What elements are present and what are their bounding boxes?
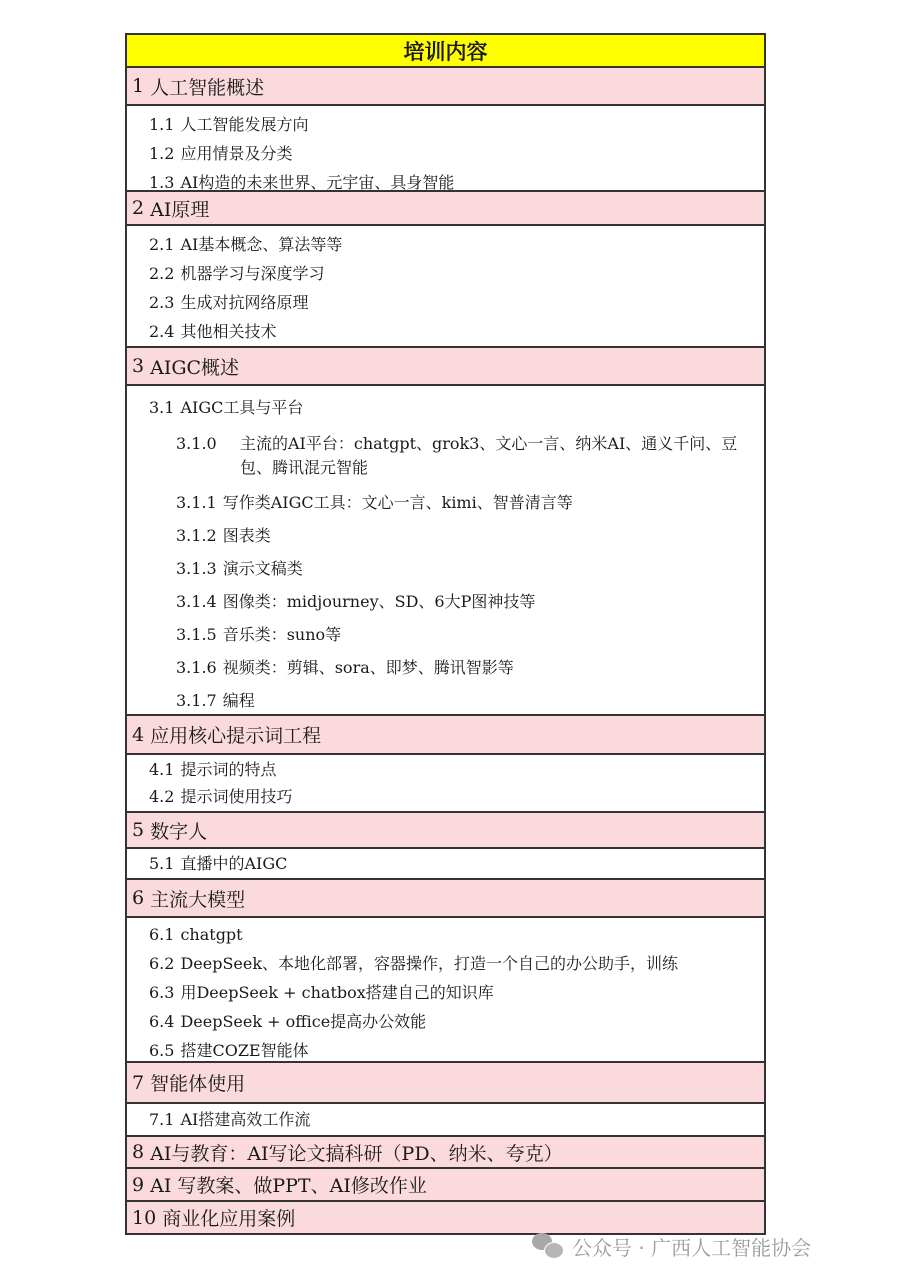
section-title: 应用核心提示词工程 [150,721,321,748]
section-title: AIGC概述 [150,353,239,380]
section-title: 人工智能概述 [150,73,264,100]
item-number: 2.3 [149,293,174,312]
training-content-table: 培训内容 1 人工智能概述 1.1人工智能发展方向 1.2应用情景及分类 1.3… [125,33,766,1235]
section-title: 数字人 [150,817,207,844]
section-number: 4 [132,724,144,746]
item-number: 3.1.5 [176,625,217,644]
section-3-header: 3 AIGC概述 [127,348,764,386]
item-number: 6.2 [149,954,174,973]
item-label: 编程 [223,691,255,710]
section-number: 3 [132,355,144,377]
section-6-header: 6 主流大模型 [127,880,764,918]
section-title: AI原理 [150,195,209,222]
item-number: 2.1 [149,235,174,254]
list-item: 6.5搭建COZE智能体 [127,1036,764,1065]
item-label: 人工智能发展方向 [180,115,308,134]
section-number: 5 [132,819,144,841]
list-item: 3.1.6视频类：剪辑、sora、即梦、腾讯智影等 [127,651,764,684]
section-number: 1 [132,75,144,97]
section-title: 商业化应用案例 [162,1204,295,1231]
item-number: 6.3 [149,983,174,1002]
item-number: 5.1 [149,854,174,873]
item-number: 1.2 [149,144,174,163]
wechat-icon [532,1233,566,1259]
item-label: 音乐类：suno等 [223,625,341,644]
section-8-header: 8 AI与教育：AI写论文搞科研（PD、纳米、夸克） [127,1137,764,1169]
section-6-items: 6.1chatgpt 6.2DeepSeek、本地化部署，容器操作，打造一个自己… [127,918,764,1063]
section-9-header: 9 AI 写教案、做PPT、AI修改作业 [127,1169,764,1202]
list-item: 4.2提示词使用技巧 [127,783,764,810]
item-label: 图表类 [223,526,271,545]
list-item: 3.1.1写作类AIGC工具：文心一言、kimi、智普清言等 [127,486,764,519]
section-3-items: 3.1AIGC工具与平台 3.1.0主流的AI平台：chatgpt、grok3、… [127,386,764,716]
section-2-items: 2.1AI基本概念、算法等等 2.2机器学习与深度学习 2.3生成对抗网络原理 … [127,226,764,348]
item-label: 直播中的AIGC [180,854,287,873]
item-label: DeepSeek、本地化部署，容器操作，打造一个自己的办公助手，训练 [180,954,678,973]
item-label: 生成对抗网络原理 [180,293,308,312]
section-title: AI 写教案、做PPT、AI修改作业 [150,1171,427,1198]
list-item: 3.1.4图像类：midjourney、SD、6大P图神技等 [127,585,764,618]
item-number: 3.1.4 [176,592,217,611]
item-number: 3.1.3 [176,559,217,578]
item-number: 3.1.7 [176,691,217,710]
item-number: 2.2 [149,264,174,283]
table-title: 培训内容 [127,35,764,68]
section-2-header: 2 AI原理 [127,192,764,226]
item-label: 提示词使用技巧 [180,787,292,806]
watermark: 公众号 · 广西人工智能协会 [532,1228,811,1264]
list-item: 1.2应用情景及分类 [127,139,764,168]
item-number: 3.1.0 [176,432,234,456]
item-label: 用DeepSeek + chatbox搭建自己的知识库 [180,983,493,1002]
list-item: 6.4DeepSeek + office提高办公效能 [127,1007,764,1036]
item-label: DeepSeek + office提高办公效能 [180,1012,426,1031]
list-item: 3.1.3演示文稿类 [127,552,764,585]
item-label: AIGC工具与平台 [180,398,303,417]
item-number: 3.1.6 [176,658,217,677]
item-label: 视频类：剪辑、sora、即梦、腾讯智影等 [223,658,514,677]
list-item: 2.4其他相关技术 [127,317,764,346]
section-1-header: 1 人工智能概述 [127,68,764,106]
list-item: 3.1.5音乐类：suno等 [127,618,764,651]
list-item: 3.1.0主流的AI平台：chatgpt、grok3、文心一言、纳米AI、通义千… [127,426,764,486]
section-number: 10 [132,1207,156,1229]
section-number: 6 [132,887,144,909]
list-item: 2.3生成对抗网络原理 [127,288,764,317]
item-number: 7.1 [149,1110,174,1129]
item-label: 机器学习与深度学习 [180,264,324,283]
item-number: 1.3 [149,173,174,192]
section-4-header: 4 应用核心提示词工程 [127,716,764,755]
item-label: 其他相关技术 [180,322,276,341]
list-item: 3.1.7编程 [127,684,764,717]
list-item: 2.1AI基本概念、算法等等 [127,230,764,259]
item-number: 6.5 [149,1041,174,1060]
list-item: 1.1人工智能发展方向 [127,110,764,139]
item-label: AI搭建高效工作流 [180,1110,310,1129]
list-item: 7.1AI搭建高效工作流 [127,1104,764,1135]
section-number: 7 [132,1072,144,1094]
section-title: 主流大模型 [150,885,245,912]
section-5-items: 5.1直播中的AIGC [127,849,764,880]
section-title: AI与教育：AI写论文搞科研（PD、纳米、夸克） [150,1139,562,1166]
section-4-items: 4.1提示词的特点 4.2提示词使用技巧 [127,755,764,813]
item-label: 写作类AIGC工具：文心一言、kimi、智普清言等 [223,493,573,512]
watermark-text: 公众号 · 广西人工智能协会 [572,1232,811,1261]
item-label: 应用情景及分类 [180,144,292,163]
item-number: 1.1 [149,115,174,134]
item-number: 6.4 [149,1012,174,1031]
item-label: AI构造的未来世界、元宇宙、具身智能 [180,173,454,192]
section-number: 9 [132,1174,144,1196]
list-item: 6.2DeepSeek、本地化部署，容器操作，打造一个自己的办公助手，训练 [127,949,764,978]
item-label: 图像类：midjourney、SD、6大P图神技等 [223,592,536,611]
section-number: 2 [132,197,144,219]
item-number: 4.1 [149,760,174,779]
list-item: 5.1直播中的AIGC [127,849,764,878]
list-item: 4.1提示词的特点 [127,756,764,783]
section-5-header: 5 数字人 [127,813,764,849]
section-number: 8 [132,1141,144,1163]
list-item: 3.1AIGC工具与平台 [127,390,764,426]
list-item: 2.2机器学习与深度学习 [127,259,764,288]
item-number: 3.1.2 [176,526,217,545]
list-item: 6.3用DeepSeek + chatbox搭建自己的知识库 [127,978,764,1007]
item-number: 3.1 [149,398,174,417]
list-item: 3.1.2图表类 [127,519,764,552]
section-7-items: 7.1AI搭建高效工作流 [127,1104,764,1137]
item-label: 演示文稿类 [223,559,303,578]
item-label: chatgpt [180,925,242,944]
list-item: 6.1chatgpt [127,920,764,949]
item-label: AI基本概念、算法等等 [180,235,342,254]
item-label: 提示词的特点 [180,760,276,779]
item-number: 4.2 [149,787,174,806]
section-1-items: 1.1人工智能发展方向 1.2应用情景及分类 1.3AI构造的未来世界、元宇宙、… [127,106,764,192]
section-7-header: 7 智能体使用 [127,1063,764,1104]
item-label: 主流的AI平台：chatgpt、grok3、文心一言、纳米AI、通义千问、豆包、… [240,432,760,480]
item-number: 6.1 [149,925,174,944]
item-label: 搭建COZE智能体 [180,1041,308,1060]
section-title: 智能体使用 [150,1069,245,1096]
item-number: 2.4 [149,322,174,341]
item-number: 3.1.1 [176,493,217,512]
